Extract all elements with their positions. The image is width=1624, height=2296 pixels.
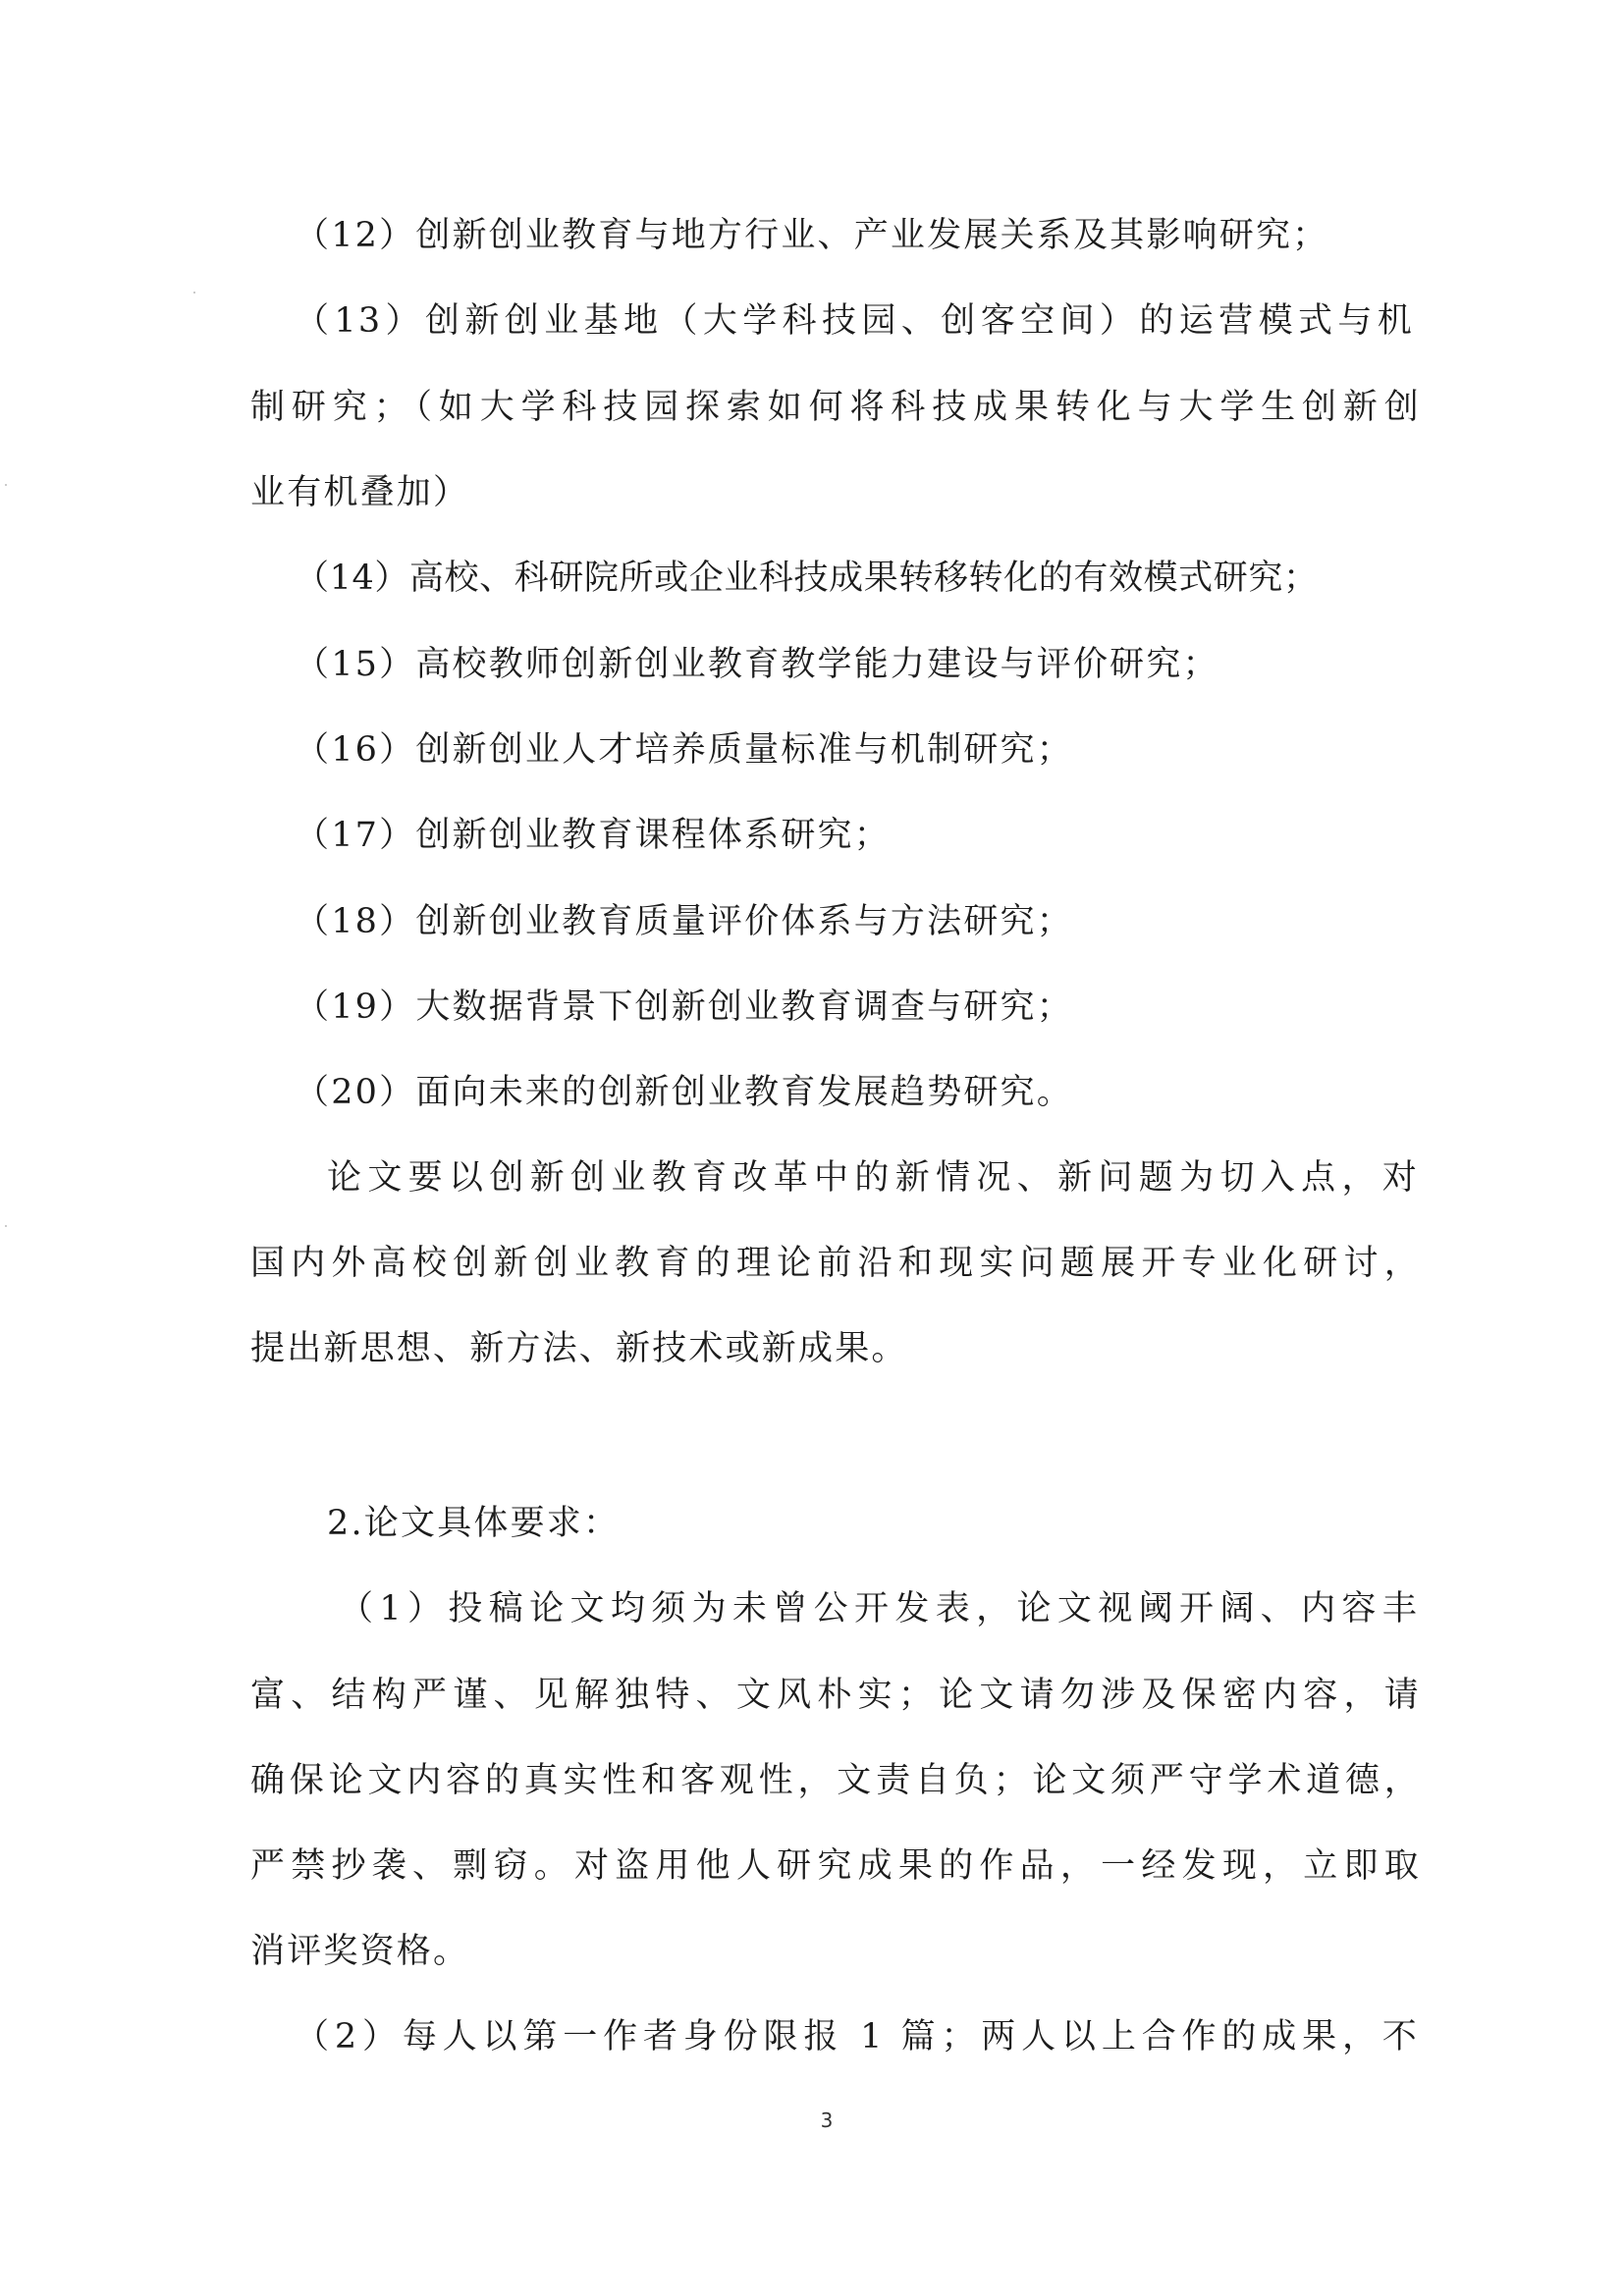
document-page: （12）创新创业教育与地方行业、产业发展关系及其影响研究； （13）创新创业基地…: [0, 0, 1624, 2296]
scan-speck: [5, 484, 7, 486]
topic-item-13-line-2: 制研究；（如大学科技园探索如何将科技成果转化与大学生创新创: [250, 386, 1421, 429]
requirement-1-line-3: 确保论文内容的真实性和客观性，文责自负；论文须严守学术道德，: [250, 1759, 1421, 1802]
scan-speck: [193, 292, 195, 294]
requirement-1-line-5: 消评奖资格。: [250, 1930, 1429, 1973]
topic-item-15: （15）高校教师创新创业教育教学能力建设与评价研究；: [295, 643, 1473, 686]
topic-item-17: （17）创新创业教育课程体系研究；: [295, 814, 1473, 857]
requirement-1-line-1: （1）投稿论文均须为未曾公开发表，论文视阈开阔、内容丰: [339, 1587, 1419, 1630]
requirement-2-line-1: （2）每人以第一作者身份限报 1 篇；两人以上合作的成果，不: [295, 2015, 1419, 2058]
topic-item-13-line-3: 业有机叠加）: [250, 471, 1429, 514]
topic-item-12: （12）创新创业教育与地方行业、产业发展关系及其影响研究；: [295, 214, 1473, 257]
topic-item-20: （20）面向未来的创新创业教育发展趋势研究。: [295, 1071, 1473, 1114]
requirement-1-line-4: 严禁抄袭、剽窃。对盗用他人研究成果的作品，一经发现，立即取: [250, 1844, 1421, 1888]
page-number: 3: [812, 2109, 841, 2132]
scan-speck: [5, 1225, 7, 1227]
requirement-1-line-2: 富、结构严谨、见解独特、文风朴实；论文请勿涉及保密内容，请: [250, 1674, 1421, 1717]
section-heading: 2.论文具体要求：: [327, 1502, 1505, 1545]
topic-item-14: （14）高校、科研院所或企业科技成果转移转化的有效模式研究；: [295, 557, 1473, 600]
topic-item-16: （16）创新创业人才培养质量标准与机制研究；: [295, 728, 1473, 772]
paragraph-line-3: 提出新思想、新方法、新技术或新成果。: [250, 1327, 1429, 1370]
topic-item-19: （19）大数据背景下创新创业教育调查与研究；: [295, 986, 1473, 1029]
topic-item-18: （18）创新创业教育质量评价体系与方法研究；: [295, 900, 1473, 943]
topic-item-13-line-1: （13）创新创业基地（大学科技园、创客空间）的运营模式与机: [295, 299, 1414, 343]
paragraph-line-2: 国内外高校创新创业教育的理论前沿和现实问题展开专业化研讨，: [250, 1242, 1421, 1285]
paragraph-line-1: 论文要以创新创业教育改革中的新情况、新问题为切入点，对: [327, 1156, 1419, 1200]
